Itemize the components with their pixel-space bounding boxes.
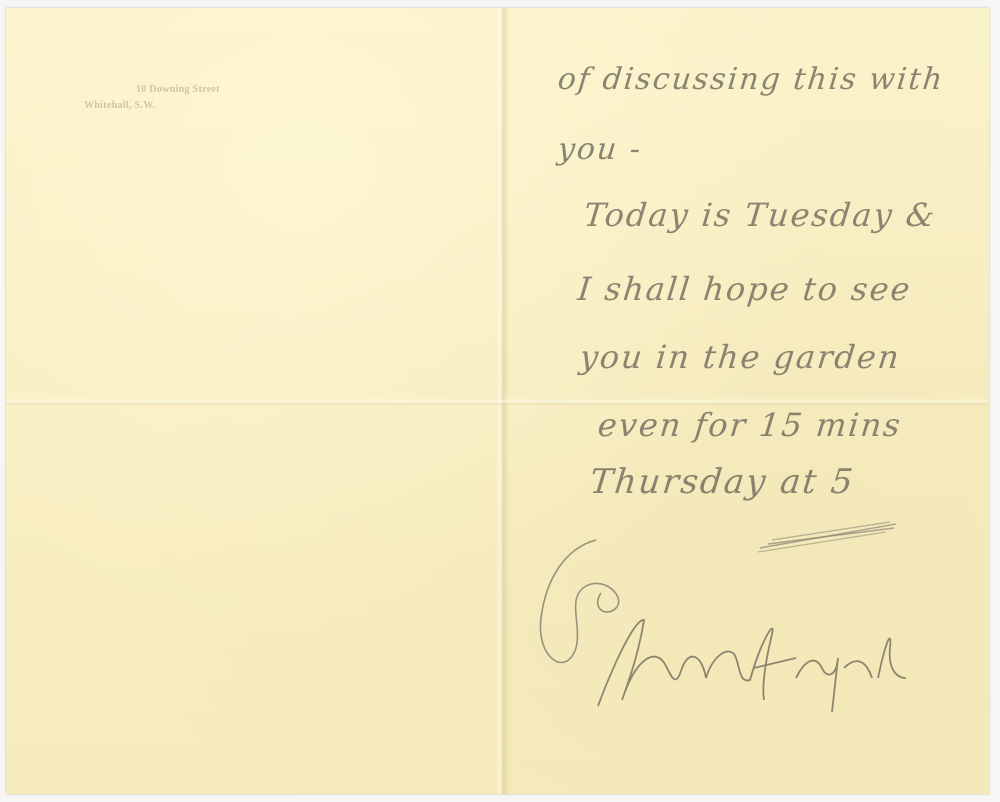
letter-line-3: Today is Tuesday & xyxy=(582,196,938,234)
letter-line-1: of discussing this with xyxy=(556,62,946,97)
letter-sheet: 10 Downing Street Whitehall, S.W. of dis… xyxy=(6,8,989,794)
letter-line-4: I shall hope to see xyxy=(576,270,914,308)
letterhead-address-line1: 10 Downing Street xyxy=(84,82,274,98)
closing-and-signature-strokes xyxy=(526,528,946,728)
letter-line-7: Thursday at 5 xyxy=(588,462,857,502)
letter-line-5: you in the garden xyxy=(578,338,903,376)
letterhead: 10 Downing Street Whitehall, S.W. xyxy=(84,82,274,114)
letter-line-2: you - xyxy=(556,132,644,167)
horizontal-fold-crease xyxy=(6,398,989,406)
letterhead-address-line2: Whitehall, S.W. xyxy=(84,98,274,114)
letter-line-6: even for 15 mins xyxy=(596,406,904,444)
